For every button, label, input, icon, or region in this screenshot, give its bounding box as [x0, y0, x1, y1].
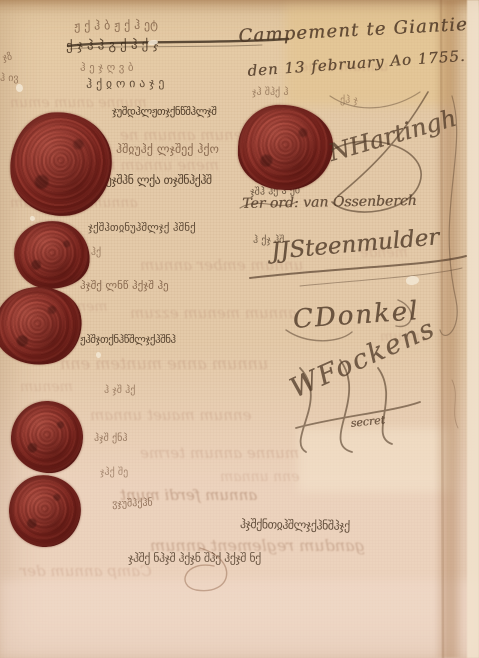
paper-speck-layer	[0, 0, 479, 658]
paper-speck	[96, 352, 101, 358]
manuscript-page: munne anum emununnum menum annum nemene …	[0, 0, 479, 658]
paper-speck	[30, 216, 35, 221]
paper-speck	[405, 275, 419, 286]
paper-speck	[148, 39, 159, 46]
paper-speck	[16, 84, 23, 92]
